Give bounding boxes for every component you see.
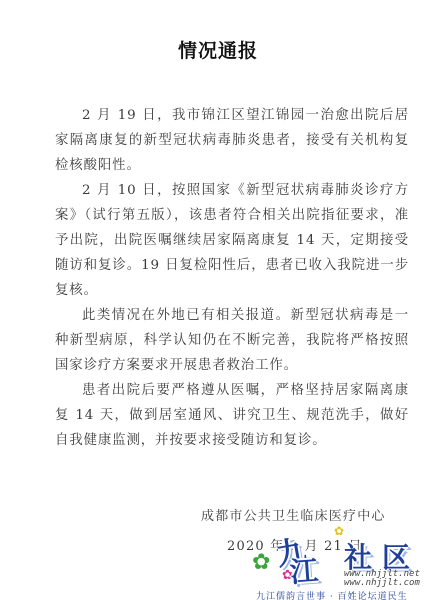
document-title: 情况通报 xyxy=(0,36,436,63)
paragraph-1: 2 月 19 日，我市锦江区望江锦园一治愈出院后居家隔离康复的新型冠状病毒肺炎患… xyxy=(55,103,409,178)
watermark-char: 江 xyxy=(289,549,320,591)
paragraph-2: 2 月 10 日，按照国家《新型冠状病毒肺炎诊疗方案》（试行第五版），该患者符合… xyxy=(55,178,409,303)
flower-icon: ✿ xyxy=(252,550,270,575)
signature-organization: 成都市公共卫生临床医疗中心 xyxy=(201,505,386,524)
flower-icon: ✿ xyxy=(334,524,344,538)
document-body: 2 月 19 日，我市锦江区望江锦园一治愈出院后居家隔离康复的新型冠状病毒肺炎患… xyxy=(55,103,409,453)
watermark-logo: ✿ ✿ ✿ 九 江 社 区 www.nhjjlt.net www.nhjjlt.… xyxy=(252,528,436,600)
watermark-slogan: 九江儒韵言世事 · 百姓论坛道民生 xyxy=(256,589,408,600)
paragraph-3: 此类情况在外地已有相关报道。新型冠状病毒是一种新型病原，科学认知仍在不断完善，我… xyxy=(55,303,409,378)
watermark-url: www.nhjjlt.com xyxy=(344,578,420,588)
paragraph-4: 患者出院后要严格遵从医嘱，严格坚持居家隔离康复 14 天，做到居室通风、讲究卫生… xyxy=(55,378,409,453)
